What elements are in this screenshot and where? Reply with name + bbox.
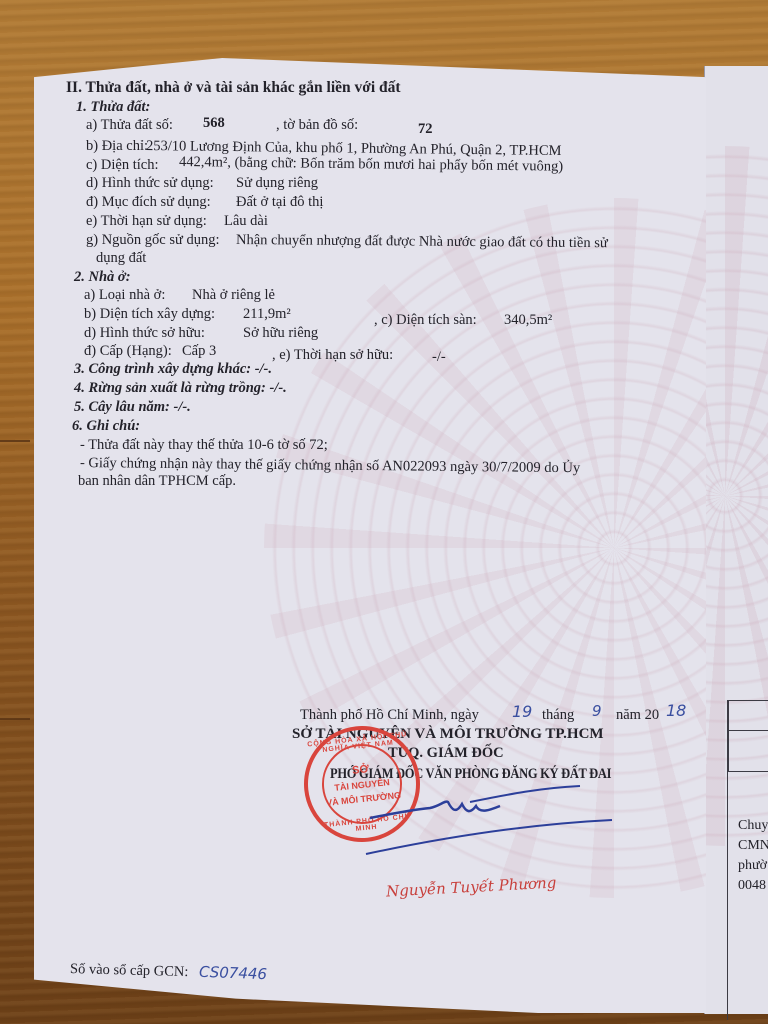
date-year: 18	[666, 703, 686, 719]
right-page-text: Chuy	[738, 818, 768, 834]
perennial-trees: 5. Cây lâu năm: -/-.	[74, 400, 191, 415]
origin-value-cont: dụng đất	[96, 251, 146, 266]
right-page-text: CMN	[738, 838, 768, 854]
map-sheet-number: 72	[418, 122, 433, 137]
registry-number: CS07446	[199, 965, 267, 982]
note-line: ban nhân dân TPHCM cấp.	[78, 474, 236, 489]
table-seam	[0, 440, 30, 442]
grade-value: Cấp 3	[182, 344, 216, 359]
parcel-number: 568	[203, 116, 225, 131]
floor-area-value: 340,5m²	[504, 313, 552, 328]
notes-heading: 6. Ghi chú:	[72, 419, 140, 434]
built-area-value: 211,9m²	[243, 307, 291, 322]
house-type-label: a) Loại nhà ở:	[84, 288, 165, 303]
right-page-text: 0048	[738, 878, 766, 894]
use-form-value: Sử dụng riêng	[236, 176, 318, 191]
floor-area-label: , c) Diện tích sàn:	[374, 313, 477, 328]
term-value: Lâu dài	[224, 214, 268, 229]
year-label: năm 20	[616, 708, 659, 723]
date-month: 9	[592, 704, 602, 719]
table-seam	[0, 718, 30, 720]
registry-label: Số vào sổ cấp GCN:	[70, 962, 189, 980]
ownership-term-label: , e) Thời hạn sở hữu:	[272, 348, 393, 363]
address-label: b) Địa chỉ:	[86, 139, 148, 154]
note-line: - Thửa đất này thay thế thửa 10-6 tờ số …	[80, 438, 328, 453]
right-page-text: phườ	[738, 858, 767, 874]
map-sheet-label: , tờ bản đồ số:	[276, 118, 358, 133]
ownership-value: Sở hữu riêng	[243, 326, 318, 341]
area-label: c) Diện tích:	[86, 158, 158, 173]
section-title: II. Thửa đất, nhà ở và tài sản khác gắn …	[66, 80, 401, 96]
use-form-label: d) Hình thức sử dụng:	[86, 176, 214, 191]
origin-value: Nhận chuyển nhượng đất được Nhà nước gia…	[236, 233, 608, 251]
place-date-prefix: Thành phố Hồ Chí Minh, ngày	[300, 708, 479, 723]
date-day: 19	[512, 704, 532, 720]
grade-label: đ) Cấp (Hạng):	[84, 344, 172, 359]
right-page-table-box	[728, 700, 768, 772]
built-area-label: b) Diện tích xây dựng:	[84, 307, 215, 322]
term-label: e) Thời hạn sử dụng:	[86, 214, 207, 229]
ownership-label: d) Hình thức sở hữu:	[84, 326, 205, 341]
handwritten-signature	[330, 780, 630, 860]
ownership-term-value: -/-	[432, 350, 446, 365]
other-construction: 3. Công trình xây dựng khác: -/-.	[74, 362, 272, 377]
house-heading: 2. Nhà ở:	[74, 270, 131, 285]
purpose-label: đ) Mục đích sử dụng:	[86, 195, 211, 210]
purpose-value: Đất ở tại đô thị	[236, 195, 323, 210]
land-heading: 1. Thửa đất:	[76, 100, 150, 115]
month-label: tháng	[542, 708, 574, 723]
origin-label: g) Nguồn gốc sử dụng:	[86, 233, 220, 248]
right-page-table-divider	[728, 730, 768, 731]
production-forest: 4. Rừng sản xuất là rừng trồng: -/-.	[74, 381, 287, 396]
parcel-label: a) Thửa đất số:	[86, 118, 173, 133]
house-type-value: Nhà ở riêng lẻ	[192, 288, 275, 303]
